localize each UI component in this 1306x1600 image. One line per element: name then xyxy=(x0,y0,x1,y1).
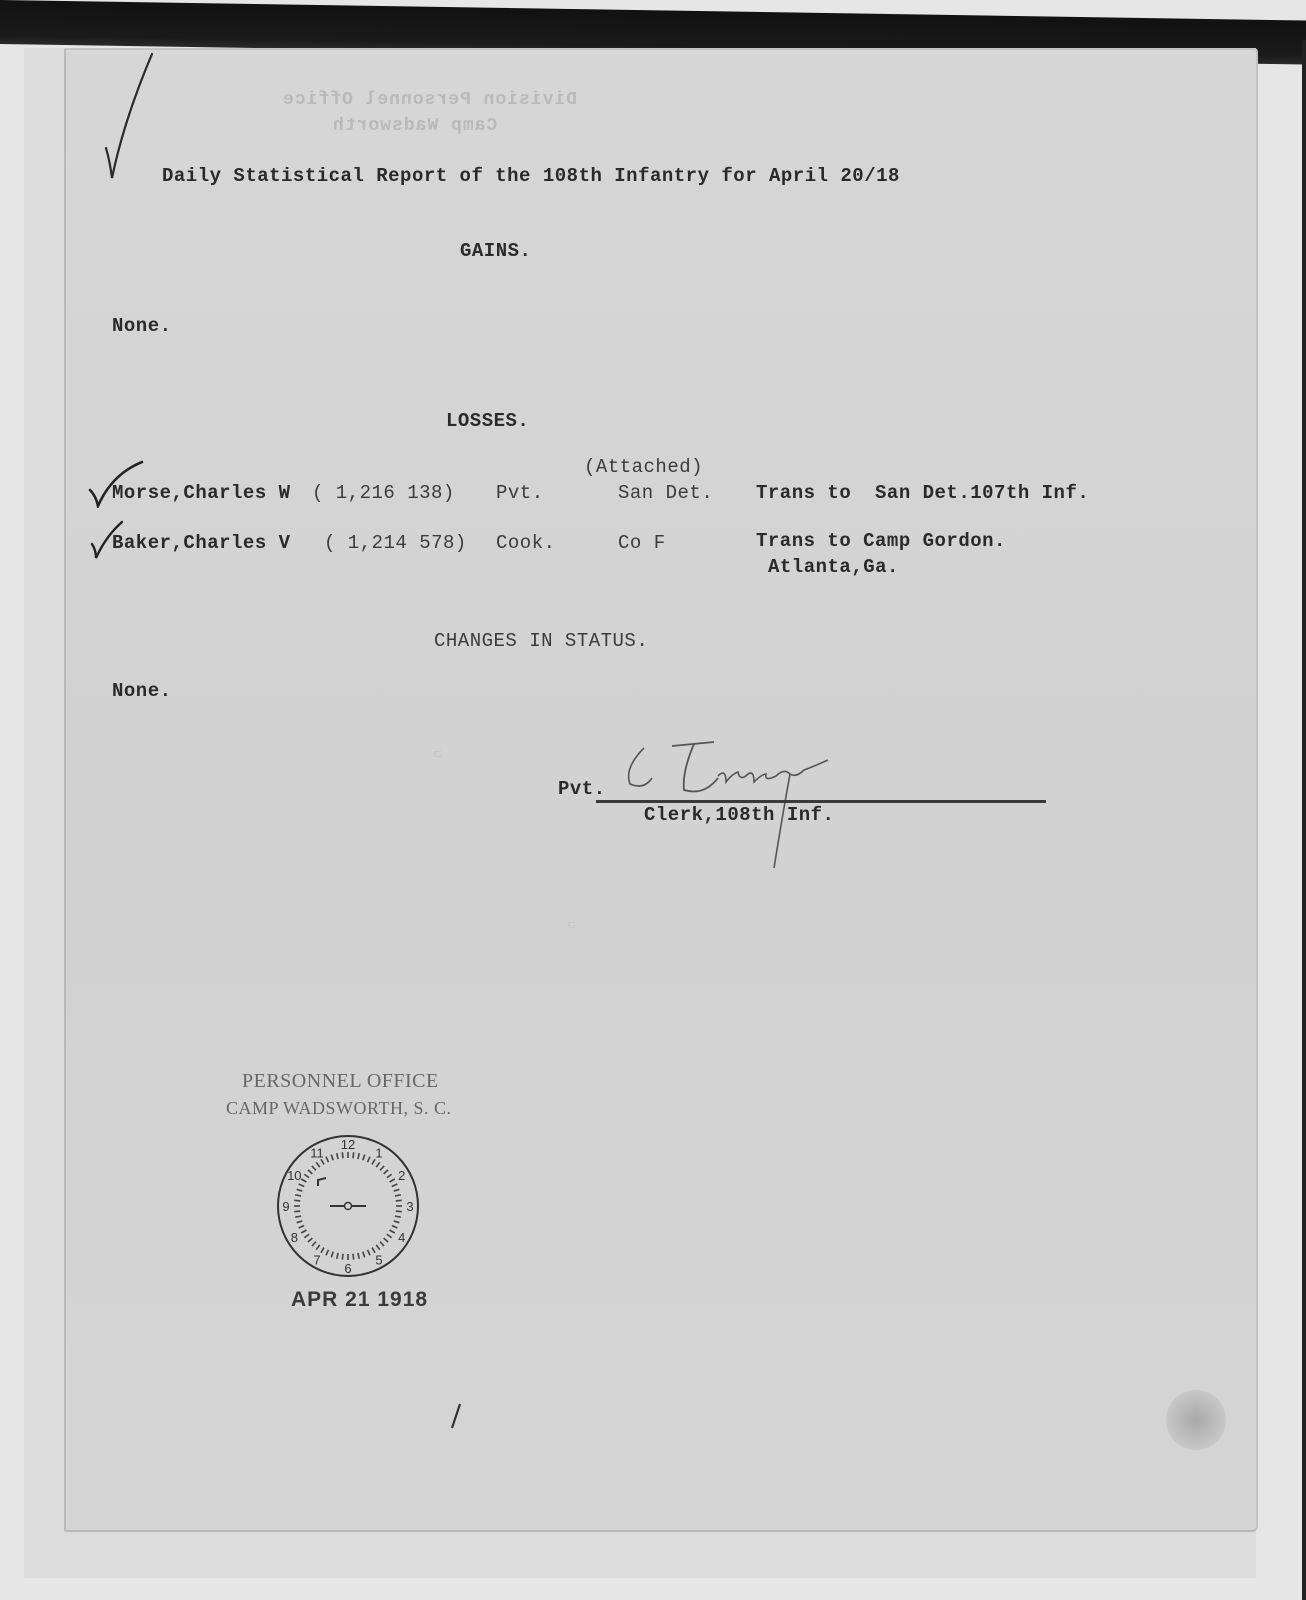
stamp-office-line: PERSONNEL OFFICE xyxy=(242,1070,439,1093)
loss-entry-unit: Co F xyxy=(618,532,666,554)
loss-entry-unit: San Det. xyxy=(618,482,713,504)
svg-text:3: 3 xyxy=(406,1199,413,1214)
svg-text:8: 8 xyxy=(291,1230,298,1245)
loss-entry-name: Morse,Charles W xyxy=(112,482,291,504)
document-page: Division Personnel Office Camp Wadsworth… xyxy=(64,48,1258,1532)
time-stamp-clock-icon: 121234567891011 xyxy=(272,1130,424,1282)
svg-text:5: 5 xyxy=(375,1253,382,1268)
faint-mark: ㄷ xyxy=(566,916,578,933)
svg-text:1: 1 xyxy=(375,1145,382,1160)
loss-entry-action: Trans to Camp Gordon. xyxy=(756,530,1006,552)
report-title: Daily Statistical Report of the 108th In… xyxy=(162,165,900,187)
margin-check-mark-icon xyxy=(102,50,162,190)
loss-entry-action: Trans to San Det.107th Inf. xyxy=(756,482,1089,504)
bleed-through-line-2: Camp Wadsworth xyxy=(332,116,497,136)
svg-text:11: 11 xyxy=(310,1145,324,1160)
changes-in-status-body: None. xyxy=(112,680,172,702)
losses-heading: LOSSES. xyxy=(446,410,529,432)
signature-title: Clerk,108th Inf. xyxy=(644,804,834,826)
stamp-date: APR 21 1918 xyxy=(291,1288,428,1312)
bleed-through-line-1: Division Personnel Office xyxy=(282,90,577,110)
faint-mark: ㄷ xyxy=(432,745,444,762)
attached-note: (Attached) xyxy=(584,456,703,478)
loss-entry-rank: Cook. xyxy=(496,532,556,554)
stain xyxy=(1166,1390,1226,1450)
svg-text:12: 12 xyxy=(341,1137,355,1152)
loss-entry-serial: ( 1,214 578) xyxy=(324,532,467,554)
svg-text:10: 10 xyxy=(287,1168,301,1183)
loss-entry-serial: ( 1,216 138) xyxy=(312,482,455,504)
svg-text:6: 6 xyxy=(344,1261,351,1276)
signature-rank-prefix: Pvt. xyxy=(558,778,606,800)
stamp-location-line: CAMP WADSWORTH, S. C. xyxy=(226,1098,451,1119)
loss-entry-name: Baker,Charles V xyxy=(112,532,291,554)
scanner-right-border xyxy=(1302,40,1306,1600)
loss-entry-rank: Pvt. xyxy=(496,482,544,504)
gains-heading: GAINS. xyxy=(460,240,531,262)
gains-body: None. xyxy=(112,315,172,337)
signature-line xyxy=(596,800,1046,803)
svg-text:4: 4 xyxy=(398,1230,405,1245)
pencil-mark xyxy=(448,1402,464,1432)
changes-in-status-heading: CHANGES IN STATUS. xyxy=(434,630,648,652)
svg-text:2: 2 xyxy=(398,1168,405,1183)
loss-entry-action-line-2: Atlanta,Ga. xyxy=(768,556,899,578)
svg-text:7: 7 xyxy=(313,1253,320,1268)
svg-text:9: 9 xyxy=(282,1199,289,1214)
